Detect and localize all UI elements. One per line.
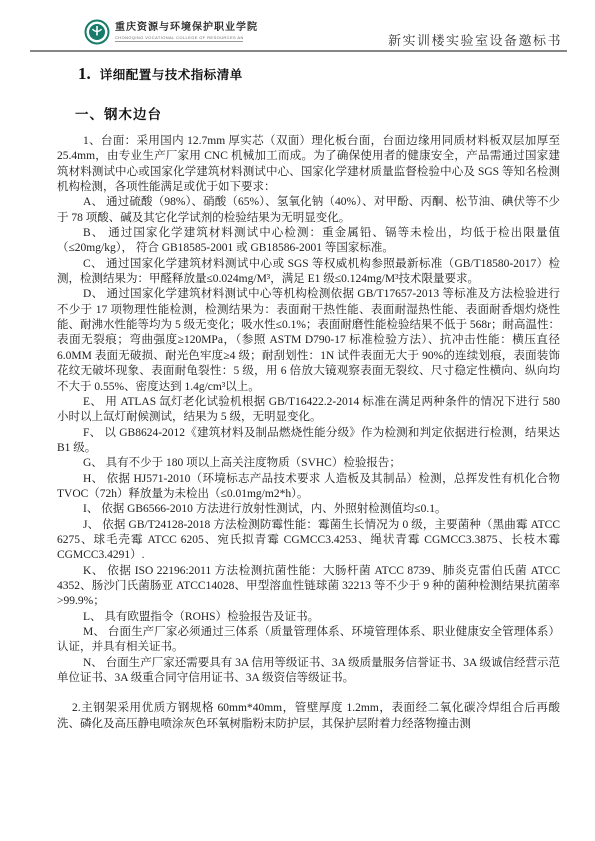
document-body: 1.详细配置与技术指标清单 一、钢木边台 1、台面：采用国内 12.7mm 厚实…: [57, 60, 560, 732]
paragraph: G、 具有不少于 180 项以上高关注度物质（SVHC）检验报告；: [57, 456, 560, 471]
paragraph: M、 台面生产厂家必须通过三体系（质量管理体系、环境管理体系、职业健康安全管理体…: [57, 625, 560, 656]
paragraph: F、 以 GB8624-2012《建筑材料及制品燃烧性能分级》作为检测和判定依据…: [57, 426, 560, 457]
paragraph: J、 依据 GB/T24128-2018 方法检测防霉性能：霉菌生长情况为 0 …: [57, 518, 560, 564]
college-name: 重庆资源与环境保护职业学院: [115, 22, 258, 33]
section-heading: 1.详细配置与技术指标清单: [78, 64, 560, 84]
paragraph: D、 通过国家化学建筑材料测试中心等机构检测依据 GB/T17657-2013 …: [57, 287, 560, 394]
college-subtext: CHONGQING VOCATIONAL COLLEGE OF RESOURCE…: [115, 35, 243, 42]
paragraph: N、 台面生产厂家还需要具有 3A 信用等级证书、3A 级质量服务信誉证书、3A…: [57, 656, 560, 687]
paragraph: I、 依据 GB6566-2010 方法进行放射性测试，内、外照射检测值均≤0.…: [57, 502, 560, 517]
paragraph: B、 通过国家化学建筑材料测试中心检测：重金属铅、镉等未检出，均低于检出限量值（…: [57, 226, 560, 257]
paragraph: 1、台面：采用国内 12.7mm 厚实芯（双面）理化板台面，台面边缘用同质材料板…: [57, 134, 560, 195]
paragraph: 2.主钢架采用优质方钢规格 60mm*40mm，管壁厚度 1.2mm，表面经二氧…: [57, 701, 560, 732]
document-page: 重庆资源与环境保护职业学院 CHONGQING VOCATIONAL COLLE…: [0, 0, 595, 841]
paragraph: E、 用 ATLAS 氙灯老化试验机根据 GB/T16422.2-2014 标准…: [57, 395, 560, 426]
paragraph-list: 1、台面：采用国内 12.7mm 厚实芯（双面）理化板台面，台面边缘用同质材料板…: [57, 134, 560, 732]
subsection-heading: 一、钢木边台: [75, 103, 560, 123]
college-emblem-icon: [84, 19, 110, 45]
page-header: 重庆资源与环境保护职业学院 CHONGQING VOCATIONAL COLLE…: [30, 0, 567, 52]
document-title: 新实训楼实验室设备邀标书: [388, 30, 562, 49]
paragraph: L、 具有欧盟指令（ROHS）检验报告及证书。: [57, 610, 560, 625]
section-title: 详细配置与技术指标清单: [100, 68, 243, 82]
college-logo-text: 重庆资源与环境保护职业学院 CHONGQING VOCATIONAL COLLE…: [115, 19, 258, 42]
section-number: 1.: [78, 64, 91, 83]
paragraph: C、 通过国家化学建筑材料测试中心或 SGS 等权威机构参照最新标准（GB/T1…: [57, 257, 560, 288]
paragraph: H、 依据 HJ571-2010（环境标志产品技术要求 人造板及其制品）检测，总…: [57, 472, 560, 503]
paragraph: A、 通过硫酸（98%）、硝酸（65%）、氢氧化钠（40%）、对甲酚、丙酮、松节…: [57, 195, 560, 226]
college-logo: 重庆资源与环境保护职业学院 CHONGQING VOCATIONAL COLLE…: [84, 19, 258, 45]
paragraph: K、 依据 ISO 22196:2011 方法检测抗菌性能：大肠杆菌 ATCC …: [57, 564, 560, 610]
